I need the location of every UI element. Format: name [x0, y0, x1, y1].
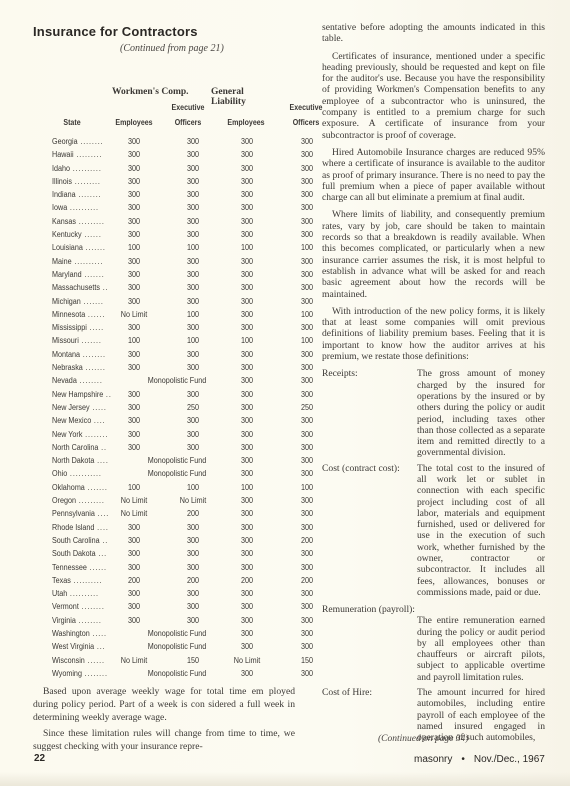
gl-officers-value: 300 [287, 494, 327, 507]
col-head-wc-officers: Officers [165, 118, 211, 127]
leader-dots: .... [97, 523, 109, 532]
table-row: Maine..........300300300300 [52, 255, 277, 268]
state-label: Wyoming [52, 669, 82, 678]
wc-officers-value: 300 [173, 215, 213, 228]
page-edge-shadow [0, 772, 570, 786]
gl-officers-value: 300 [287, 614, 327, 627]
wc-officers-value: 300 [173, 201, 213, 214]
gl-officers-value: 300 [287, 255, 327, 268]
state-name: South Dakota... [52, 547, 111, 560]
table-row: North Carolina..300300300300 [52, 441, 277, 454]
gl-officers-value: 100 [287, 308, 327, 321]
wc-officers-value: 200 [173, 574, 213, 587]
state-name: Missouri....... [52, 334, 111, 347]
state-name: New York........ [52, 428, 111, 441]
state-name: Vermont........ [52, 600, 111, 613]
bullet-separator: • [461, 754, 465, 765]
leader-dots: ........ [83, 350, 106, 359]
definition-term: Receipts: [322, 368, 417, 458]
gl-employees-value: 300 [227, 534, 267, 547]
publication-footer: masonry•Nov./Dec., 1967 [414, 754, 545, 765]
gl-officers-value: 300 [287, 135, 327, 148]
table-row: Nebraska.......300300300300 [52, 361, 277, 374]
state-name: Oklahoma....... [52, 481, 111, 494]
table-row: Ohio...........Monopolistic Fund300300 [52, 467, 277, 480]
table-row: Pennsylvania....No Limit200300300 [52, 507, 277, 520]
table-row: Nevada........Monopolistic Fund300300 [52, 374, 277, 387]
wc-monopolistic-fund: Monopolistic Fund [128, 627, 227, 640]
state-label: Ohio [52, 469, 67, 478]
state-name: Pennsylvania.... [52, 507, 111, 520]
state-label: Maryland [52, 270, 82, 279]
gl-employees-value: 300 [227, 374, 267, 387]
gl-employees-value: 300 [227, 295, 267, 308]
gl-employees-value: 300 [227, 281, 267, 294]
wc-employees-value: 300 [114, 321, 154, 334]
group-header-general-liability: General Liability [211, 87, 277, 107]
wc-employees-value: 300 [114, 521, 154, 534]
gl-officers-value: 300 [287, 361, 327, 374]
gl-officers-value: 300 [287, 627, 327, 640]
gl-employees-value: 300 [227, 494, 267, 507]
state-label: Wisconsin [52, 656, 85, 665]
page-number: 22 [34, 753, 45, 764]
gl-employees-value: 300 [227, 255, 267, 268]
wc-officers-value: 150 [173, 654, 213, 667]
wc-monopolistic-fund: Monopolistic Fund [128, 374, 227, 387]
table-row: Utah..........300300300300 [52, 587, 277, 600]
state-label: New Jersey [52, 403, 90, 412]
gl-officers-value: 300 [287, 521, 327, 534]
gl-employees-value: 300 [227, 401, 267, 414]
leader-dots: ....... [86, 363, 106, 372]
col-head-gl-employees: Employees [223, 118, 269, 127]
definition-cost: Cost (contract cost): The total cost to … [322, 463, 545, 599]
gl-employees-value: 300 [227, 507, 267, 520]
leader-dots: ......... [79, 496, 105, 505]
table-row: Wisconsin......No Limit150No Limit150 [52, 654, 277, 667]
state-label: Virginia [52, 616, 76, 625]
state-name: Maryland....... [52, 268, 111, 281]
state-label: West Virginia [52, 642, 94, 651]
wc-officers-value: 300 [173, 614, 213, 627]
state-label: North Carolina [52, 443, 98, 452]
gl-officers-value: 300 [287, 667, 327, 680]
gl-officers-value: 300 [287, 587, 327, 600]
wc-employees-value: 300 [114, 600, 154, 613]
leader-dots: ....... [84, 297, 104, 306]
wc-employees-value: 300 [114, 534, 154, 547]
state-label: Washington [52, 629, 90, 638]
gl-officers-value: 300 [287, 388, 327, 401]
state-name: North Carolina.. [52, 441, 111, 454]
table-row: Oklahoma.......100100100100 [52, 481, 277, 494]
gl-employees-value: 100 [227, 481, 267, 494]
leader-dots: ......... [76, 150, 102, 159]
table-row: Missouri.......100100100100 [52, 334, 277, 347]
table-row: Tennessee......300300300300 [52, 561, 277, 574]
wc-officers-value: 100 [173, 241, 213, 254]
gl-employees-value: No Limit [227, 654, 267, 667]
wc-officers-value: 300 [173, 414, 213, 427]
gl-officers-value: 300 [287, 268, 327, 281]
state-label: Montana [52, 350, 80, 359]
leader-dots: ........ [78, 190, 101, 199]
state-label: Iowa [52, 203, 67, 212]
gl-employees-value: 100 [227, 241, 267, 254]
body-paragraph: sentative before adopting the amounts in… [322, 22, 545, 45]
wc-officers-value: 300 [173, 561, 213, 574]
gl-officers-value: 300 [287, 414, 327, 427]
leader-dots: ....... [82, 336, 102, 345]
state-label: Utah [52, 589, 67, 598]
wc-officers-value: 300 [173, 348, 213, 361]
footnote-paragraph: Since these limitation rules will change… [33, 727, 295, 753]
state-name: Mississippi..... [52, 321, 111, 334]
leader-dots: .......... [74, 576, 103, 585]
wc-employees-value: 300 [114, 268, 154, 281]
wc-employees-value: No Limit [114, 308, 154, 321]
wc-officers-value: 300 [173, 600, 213, 613]
state-label: Tennessee [52, 563, 87, 572]
wc-employees-value: 300 [114, 255, 154, 268]
state-name: Indiana........ [52, 188, 111, 201]
gl-officers-value: 100 [287, 481, 327, 494]
leader-dots: ........... [70, 469, 102, 478]
wc-employees-value: 300 [114, 228, 154, 241]
wc-employees-value: 300 [114, 428, 154, 441]
wc-officers-value: 100 [173, 308, 213, 321]
state-label: North Dakota [52, 456, 94, 465]
wc-employees-value: 300 [114, 388, 154, 401]
wc-officers-value: 300 [173, 135, 213, 148]
wc-employees-value: 300 [114, 162, 154, 175]
table-row: Kansas.........300300300300 [52, 215, 277, 228]
wc-officers-value: 300 [173, 148, 213, 161]
state-label: Indiana [52, 190, 76, 199]
table-row: Iowa..........300300300300 [52, 201, 277, 214]
footnote-paragraph: Based upon average weekly wage for total… [33, 685, 295, 724]
gl-employees-value: 300 [227, 175, 267, 188]
wc-employees-value: 300 [114, 414, 154, 427]
state-label: New York [52, 430, 82, 439]
wc-officers-value: 300 [173, 521, 213, 534]
table-row: Kentucky......300300300300 [52, 228, 277, 241]
table-row: Louisiana.......100100100100 [52, 241, 277, 254]
wc-monopolistic-fund: Monopolistic Fund [128, 667, 227, 680]
body-paragraph: With introduction of the new policy form… [322, 306, 545, 362]
gl-employees-value: 300 [227, 547, 267, 560]
state-name: Louisiana....... [52, 241, 111, 254]
wc-officers-value: 300 [173, 587, 213, 600]
gl-employees-value: 300 [227, 627, 267, 640]
gl-employees-value: 300 [227, 215, 267, 228]
gl-officers-value: 300 [287, 507, 327, 520]
leader-dots: ..... [90, 323, 105, 332]
table-row: Indiana........300300300300 [52, 188, 277, 201]
gl-officers-value: 300 [287, 228, 327, 241]
wc-officers-value: 300 [173, 534, 213, 547]
wc-employees-value: 300 [114, 135, 154, 148]
gl-employees-value: 300 [227, 268, 267, 281]
gl-employees-value: 300 [227, 361, 267, 374]
leader-dots: .......... [70, 589, 99, 598]
gl-officers-value: 300 [287, 201, 327, 214]
table-row: New Jersey.....300250300250 [52, 401, 277, 414]
wc-officers-value: 300 [173, 162, 213, 175]
leader-dots: ...... [88, 310, 105, 319]
wc-employees-value: 300 [114, 281, 154, 294]
table-row: Vermont........300300300300 [52, 600, 277, 613]
leader-dots: ......... [75, 177, 101, 186]
state-name: New Jersey..... [52, 401, 111, 414]
state-label: Kansas [52, 217, 76, 226]
wc-employees-value: No Limit [114, 507, 154, 520]
leader-dots: ... [97, 642, 106, 651]
wc-officers-value: 300 [173, 295, 213, 308]
gl-employees-value: 200 [227, 574, 267, 587]
state-label: Minnesota [52, 310, 85, 319]
wc-officers-value: 300 [173, 175, 213, 188]
leader-dots: ...... [84, 230, 101, 239]
gl-employees-value: 300 [227, 162, 267, 175]
gl-officers-value: 300 [287, 547, 327, 560]
leader-dots: ..... [92, 403, 107, 412]
leader-dots: ........ [82, 602, 105, 611]
definition-receipts: Receipts: The gross amount of money char… [322, 368, 545, 458]
state-label: Pennsylvania [52, 509, 95, 518]
gl-employees-value: 300 [227, 467, 267, 480]
gl-employees-value: 300 [227, 348, 267, 361]
table-row: New York........300300300300 [52, 428, 277, 441]
wc-officers-value: 300 [173, 428, 213, 441]
wc-employees-value: No Limit [114, 494, 154, 507]
col-head-wc-employees: Employees [111, 118, 157, 127]
state-label: Rhode Island [52, 523, 94, 532]
gl-officers-value: 300 [287, 215, 327, 228]
table-row: Rhode Island....300300300300 [52, 521, 277, 534]
leader-dots: .... [98, 509, 110, 518]
gl-employees-value: 300 [227, 561, 267, 574]
state-name: New Hampshire.. [52, 388, 111, 401]
wc-officers-value: 300 [173, 281, 213, 294]
table-row: North Dakota....Monopolistic Fund300300 [52, 454, 277, 467]
table-row: Washington.....Monopolistic Fund300300 [52, 627, 277, 640]
table-row: South Carolina..300300300200 [52, 534, 277, 547]
gl-officers-value: 300 [287, 348, 327, 361]
table-footnote: Based upon average weekly wage for total… [33, 685, 295, 756]
table-row: Maryland.......300300300300 [52, 268, 277, 281]
leader-dots: .. [106, 390, 111, 399]
state-name: West Virginia... [52, 640, 111, 653]
magazine-page: Insurance for Contractors (Continued fro… [0, 0, 570, 786]
wc-officers-value: 300 [173, 321, 213, 334]
definition-term: Remuneration (payroll): [322, 604, 417, 683]
state-name: Rhode Island.... [52, 521, 111, 534]
gl-employees-value: 300 [227, 521, 267, 534]
table-row: Virginia........300300300300 [52, 614, 277, 627]
state-name: Minnesota...... [52, 308, 111, 321]
table-row: Massachusetts..300300300300 [52, 281, 277, 294]
wc-officers-value: 300 [173, 547, 213, 560]
wc-officers-value: 100 [173, 481, 213, 494]
wc-employees-value: 300 [114, 348, 154, 361]
leader-dots: .......... [73, 164, 102, 173]
gl-employees-value: 300 [227, 667, 267, 680]
gl-officers-value: 300 [287, 188, 327, 201]
leader-dots: ...... [88, 656, 105, 665]
state-label: Oregon [52, 496, 76, 505]
state-label: New Mexico [52, 416, 91, 425]
publication-name: masonry [414, 754, 452, 765]
state-name: Nebraska....... [52, 361, 111, 374]
state-name: Georgia........ [52, 135, 111, 148]
gl-employees-value: 300 [227, 414, 267, 427]
wc-officers-value: 300 [173, 441, 213, 454]
gl-officers-value: 300 [287, 374, 327, 387]
state-name: Montana........ [52, 348, 111, 361]
wc-monopolistic-fund: Monopolistic Fund [128, 454, 227, 467]
table-row: Montana........300300300300 [52, 348, 277, 361]
state-label: Texas [52, 576, 71, 585]
body-paragraph: Hired Automobile Insurance charges are r… [322, 147, 545, 203]
table-row: New Mexico....300300300300 [52, 414, 277, 427]
wc-employees-value: 300 [114, 201, 154, 214]
state-name: Nevada........ [52, 374, 111, 387]
issue-date: Nov./Dec., 1967 [474, 754, 545, 765]
wc-employees-value: 100 [114, 334, 154, 347]
gl-officers-value: 100 [287, 241, 327, 254]
state-label: Mississippi [52, 323, 87, 332]
gl-employees-value: 300 [227, 321, 267, 334]
wc-employees-value: 200 [114, 574, 154, 587]
leader-dots: .. [103, 283, 109, 292]
leader-dots: ....... [84, 270, 104, 279]
gl-officers-value: 300 [287, 175, 327, 188]
wc-employees-value: 300 [114, 401, 154, 414]
wc-officers-value: 300 [173, 388, 213, 401]
gl-employees-value: 100 [227, 334, 267, 347]
wc-employees-value: 300 [114, 561, 154, 574]
gl-employees-value: 300 [227, 587, 267, 600]
gl-employees-value: 300 [227, 188, 267, 201]
state-name: Virginia........ [52, 614, 111, 627]
wc-employees-value: 300 [114, 614, 154, 627]
gl-employees-value: 300 [227, 388, 267, 401]
table-row: West Virginia...Monopolistic Fund300300 [52, 640, 277, 653]
state-label: Idaho [52, 164, 70, 173]
leader-dots: .. [101, 443, 107, 452]
gl-employees-value: 300 [227, 228, 267, 241]
wc-employees-value: 300 [114, 547, 154, 560]
wc-officers-value: 300 [173, 361, 213, 374]
gl-officers-value: 300 [287, 600, 327, 613]
gl-officers-value: 300 [287, 441, 327, 454]
state-name: Illinois......... [52, 175, 111, 188]
state-name: Tennessee...... [52, 561, 111, 574]
wc-monopolistic-fund: Monopolistic Fund [128, 467, 227, 480]
table-row: Mississippi.....300300300300 [52, 321, 277, 334]
state-label: Missouri [52, 336, 79, 345]
state-name: Utah.......... [52, 587, 111, 600]
state-label: Louisiana [52, 243, 83, 252]
state-label: Michigan [52, 297, 81, 306]
gl-officers-value: 100 [287, 334, 327, 347]
col-head-state: State [54, 118, 89, 127]
wc-employees-value: 300 [114, 175, 154, 188]
leader-dots: ........ [80, 376, 103, 385]
state-name: Maine.......... [52, 255, 111, 268]
leader-dots: .... [94, 416, 106, 425]
right-column: sentative before adopting the amounts in… [322, 22, 545, 748]
table-row: Oregon.........No LimitNo Limit300300 [52, 494, 277, 507]
state-name: Oregon......... [52, 494, 111, 507]
wc-officers-value: 300 [173, 268, 213, 281]
state-label: Kentucky [52, 230, 82, 239]
state-name: Idaho.......... [52, 162, 111, 175]
state-label: South Carolina [52, 536, 100, 545]
gl-officers-value: 200 [287, 574, 327, 587]
continued-from-note: (Continued from page 21) [120, 43, 224, 54]
gl-officers-value: 300 [287, 321, 327, 334]
leader-dots: .. [102, 536, 108, 545]
wc-employees-value: 300 [114, 295, 154, 308]
leader-dots: ........ [85, 669, 108, 678]
gl-officers-value: 300 [287, 454, 327, 467]
table-row: Hawaii.........300300300300 [52, 148, 277, 161]
table-row: Minnesota......No Limit100300100 [52, 308, 277, 321]
gl-employees-value: 300 [227, 428, 267, 441]
state-name: Ohio........... [52, 467, 111, 480]
state-name: South Carolina.. [52, 534, 111, 547]
definition-text: The total cost to the insured of all wor… [417, 463, 545, 599]
leader-dots: ........ [79, 616, 102, 625]
wc-employees-value: 300 [114, 587, 154, 600]
definition-text: The entire remuneration earned during th… [417, 615, 545, 683]
continued-on-note: (Continued on page 34) [378, 734, 469, 744]
leader-dots: .......... [74, 257, 103, 266]
definition-remuneration: Remuneration (payroll): The entire remun… [322, 604, 545, 683]
state-label: Nebraska [52, 363, 83, 372]
gl-officers-value: 300 [287, 281, 327, 294]
leader-dots: .......... [70, 203, 99, 212]
wc-officers-value: 300 [173, 188, 213, 201]
table-row: Michigan.......300300300300 [52, 295, 277, 308]
state-label: Illinois [52, 177, 72, 186]
state-name: Kentucky...... [52, 228, 111, 241]
gl-employees-value: 300 [227, 148, 267, 161]
state-label: Georgia [52, 137, 78, 146]
wc-officers-value: 300 [173, 228, 213, 241]
wc-officers-value: 200 [173, 507, 213, 520]
leader-dots: .... [97, 456, 109, 465]
leader-dots: ...... [90, 563, 107, 572]
table-row: Idaho..........300300300300 [52, 162, 277, 175]
body-paragraph: Where limits of liability, and consequen… [322, 209, 545, 299]
gl-employees-value: 300 [227, 600, 267, 613]
wc-employees-value: No Limit [114, 654, 154, 667]
state-name: Washington..... [52, 627, 111, 640]
leader-dots: ........ [80, 137, 103, 146]
gl-employees-value: 300 [227, 308, 267, 321]
definition-term: Cost (contract cost): [322, 463, 417, 599]
table-row: Texas..........200200200200 [52, 574, 277, 587]
group-header-workmens-comp: Workmen's Comp. [112, 87, 189, 97]
gl-officers-value: 300 [287, 162, 327, 175]
wc-monopolistic-fund: Monopolistic Fund [128, 640, 227, 653]
gl-employees-value: 300 [227, 640, 267, 653]
leader-dots: ........ [85, 430, 108, 439]
